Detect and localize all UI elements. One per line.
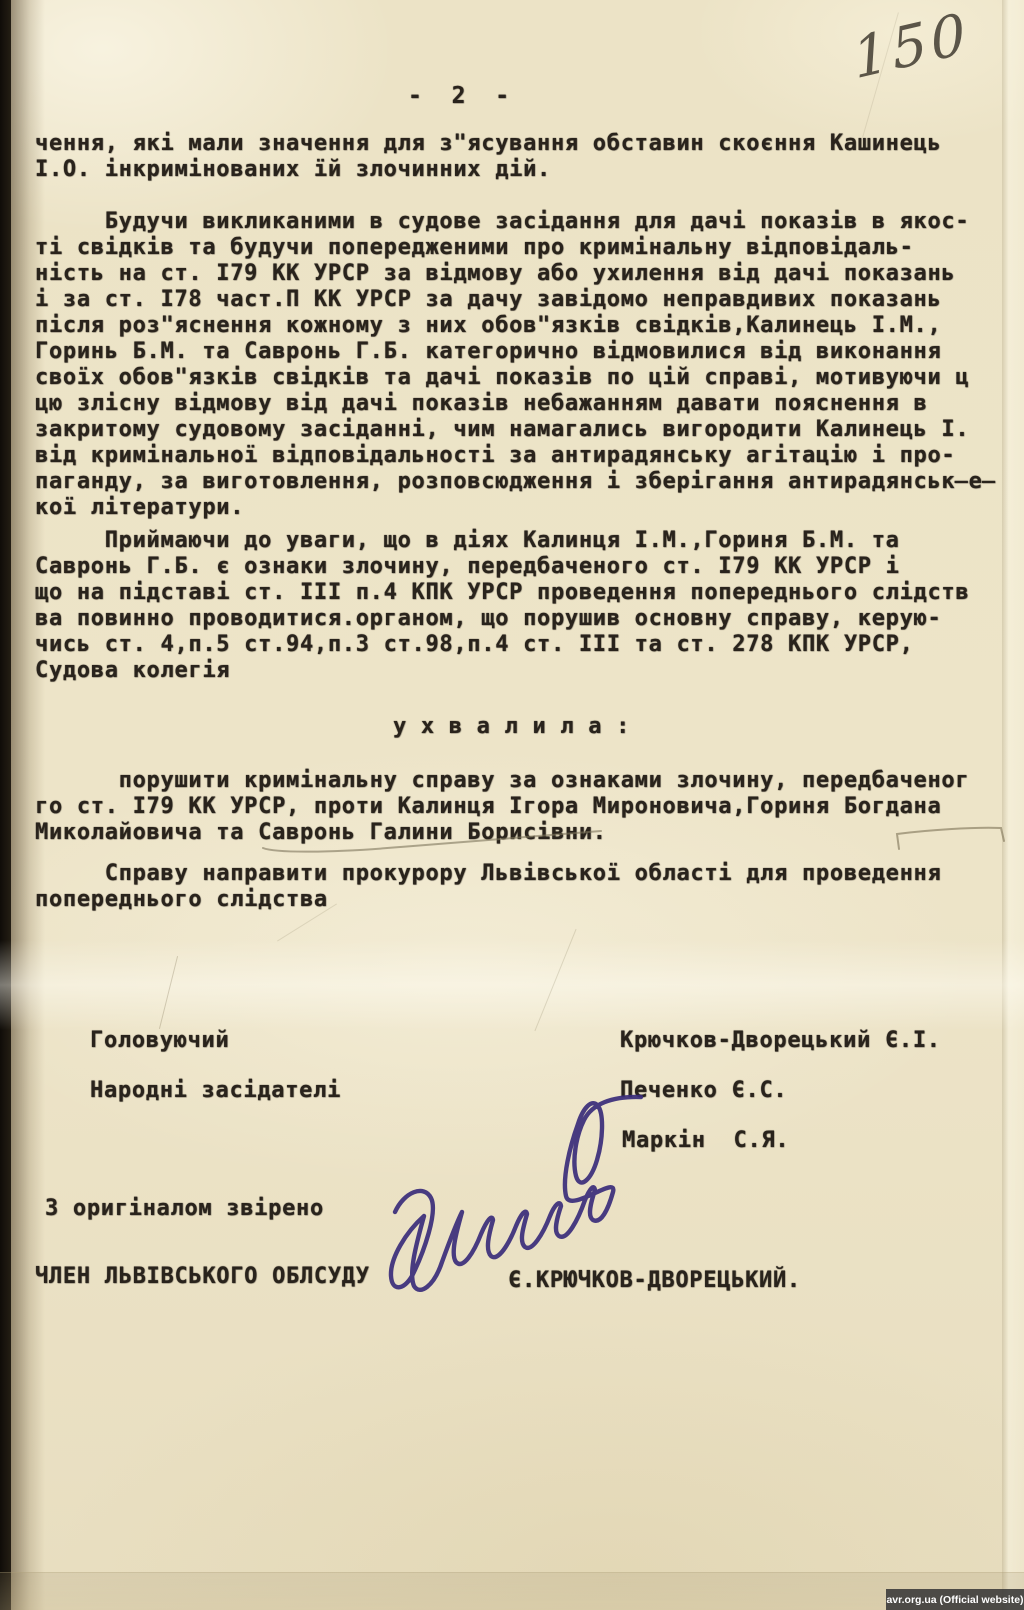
assessors-label: Народні засідателі (90, 1078, 341, 1104)
verified-label: З оригіналом звірено (45, 1196, 324, 1222)
scanned-document-page: 150 - 2 - чення, які мали значення для з… (0, 0, 1024, 1610)
watermark-bar: avr.org.ua (Official website) (886, 1589, 1024, 1610)
watermark-text: avr.org.ua (Official website) (886, 1594, 1023, 1606)
paragraph-continuation: чення, які мали значення для з"ясування … (35, 131, 941, 183)
chairman-name: Крючков-Дворецький Є.І. (620, 1028, 941, 1054)
scan-left-edge (0, 0, 11, 1610)
paper-light-band (0, 940, 1024, 1030)
chairman-label: Головуючий (90, 1028, 229, 1054)
paragraph-witnesses: Будучи викликаними в судове засідання дл… (35, 209, 996, 521)
paragraph-forwarding: Справу направити прокурору Львівської об… (35, 861, 941, 913)
assessor1-name: Печенко Є.С. (620, 1078, 787, 1104)
page-number-label: - 2 - (408, 83, 510, 109)
paragraph-resolution: порушити кримінальну справу за ознаками … (35, 768, 969, 846)
member-name: Є.КРЮЧКОВ-ДВОРЕЦЬКИЙ. (508, 1268, 801, 1294)
handwritten-page-number: 150 (850, 1, 974, 93)
member-label: ЧЛЕН ЛЬВІВСЬКОГО ОБЛСУДУ (35, 1264, 370, 1290)
resolution-heading: у х в а л и л а : (393, 714, 630, 740)
ink-signature (391, 1097, 641, 1290)
assessor2-name: Маркін С.Я. (622, 1128, 789, 1154)
paragraph-considering: Приймаючи до уваги, що в діях Калинця І.… (35, 528, 969, 684)
paper-bottom-band (0, 1572, 1024, 1610)
page-right-edge (1002, 0, 1024, 1610)
